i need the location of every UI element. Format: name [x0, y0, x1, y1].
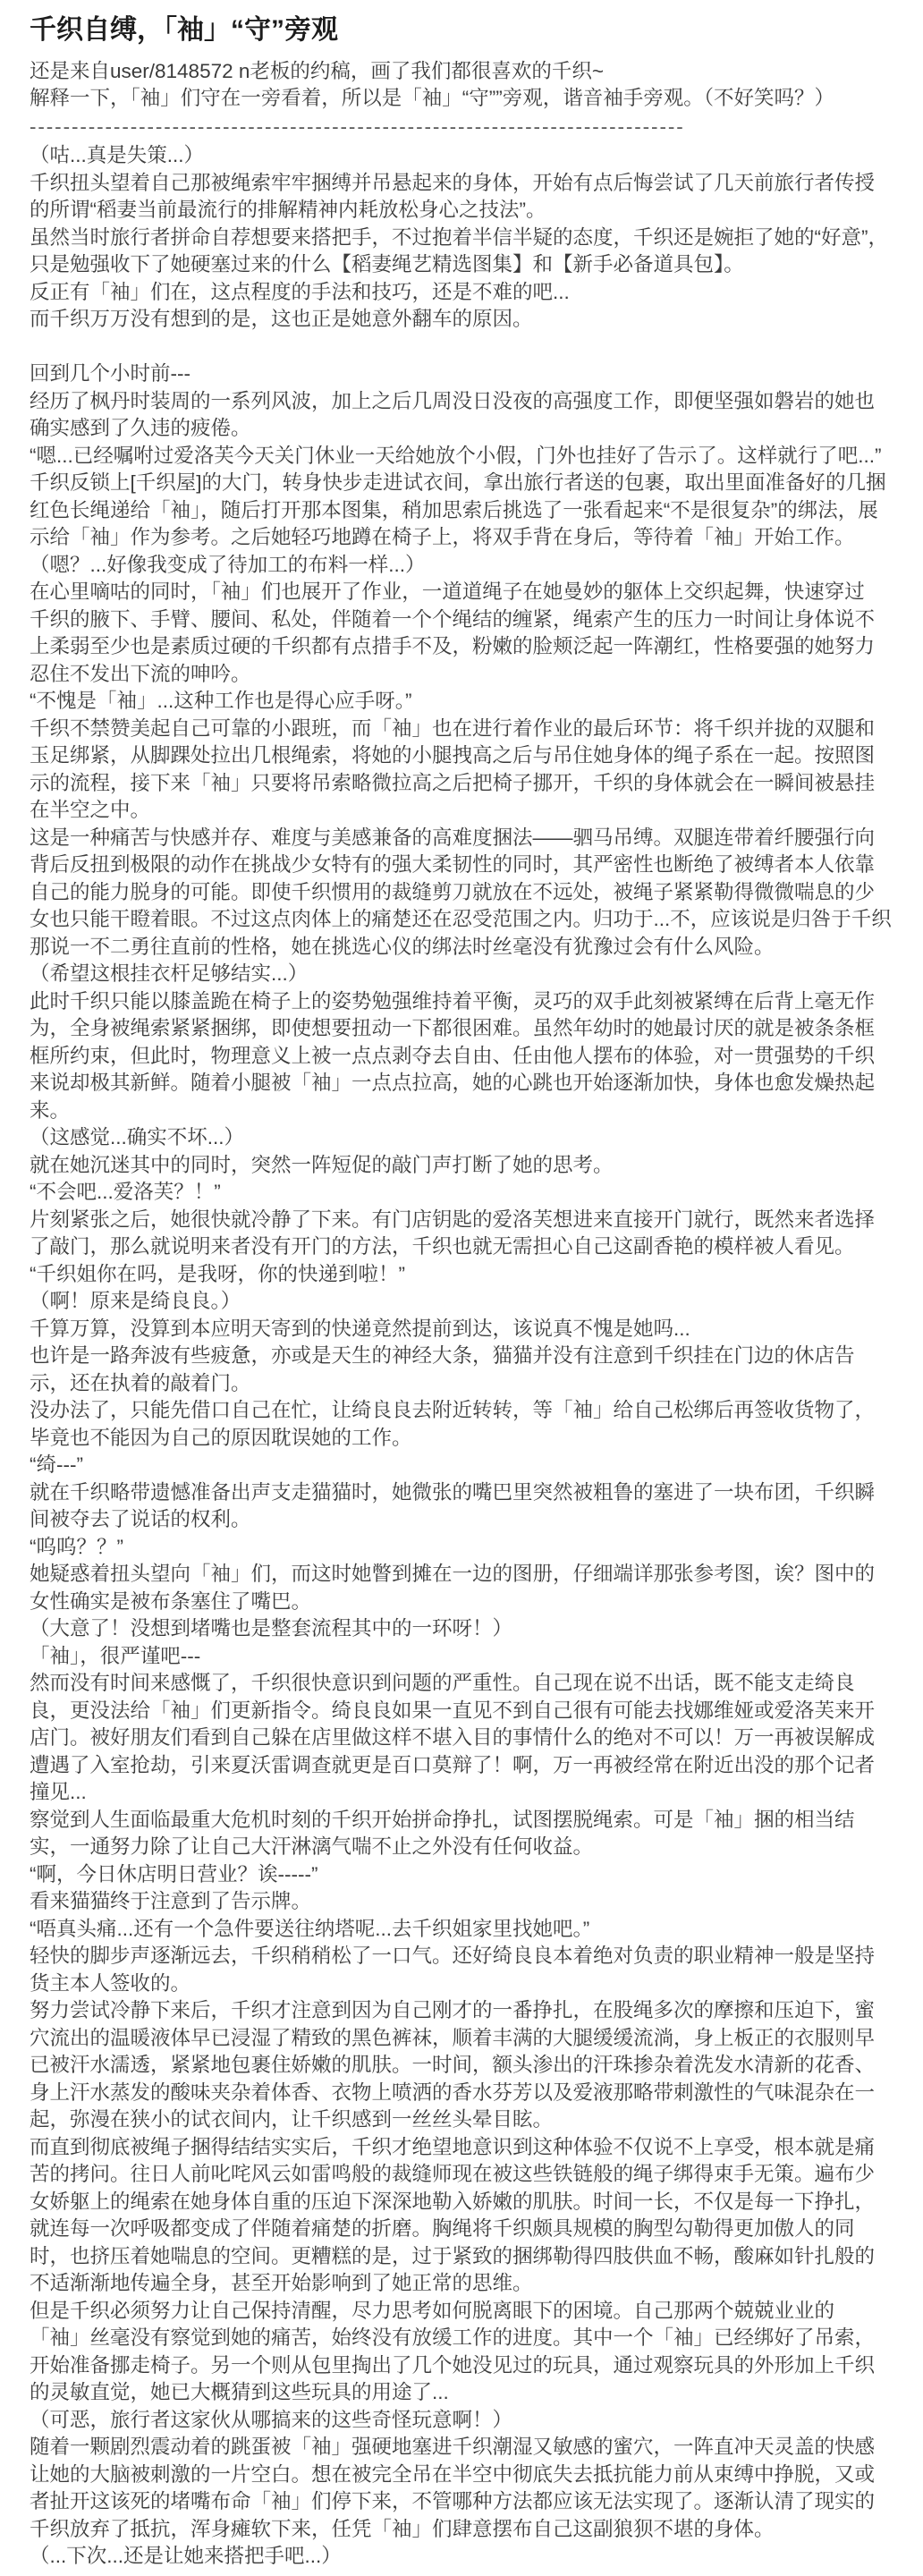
paragraph: “千织姐你在吗，是我呀，你的快递到啦！”: [30, 1261, 892, 1289]
text-line: 随着一颗剧烈震动着的跳蛋被「袖」强硬地塞进千织潮湿又敏感的蜜穴，一阵直冲天灵盖的…: [30, 2434, 892, 2462]
paragraph: 千织反锁上[千织屋]的大门，转身快步走进试衣间，拿出旅行者送的包裹，取出里面准备…: [30, 470, 892, 552]
document-title: 千织自缚，「袖」“守”旁观: [30, 13, 338, 48]
text-line: 上柔弱至少也是素质过硬的千织都有点措手不及，粉嫩的脸颊泛起一阵潮红，性格要强的她…: [30, 633, 892, 661]
text-line: 遭遇了入室抢劫，引来夏沃雷调查就更是百口莫辩了！啊，万一再被经常在附近出没的那个…: [30, 1752, 892, 1780]
text-line: 示，还在执着的敲着门。: [30, 1370, 892, 1398]
text-line: （大意了！没想到堵嘴也是整套流程其中的一环呀！）: [30, 1615, 892, 1643]
paragraph: （这感觉...确实不坏...）: [30, 1124, 892, 1152]
text-line: 示的流程，接下来「袖」只要将吊索略微拉高之后把椅子挪开，千织的身体就会在一瞬间被…: [30, 770, 892, 798]
paragraph: “绮---”: [30, 1452, 892, 1479]
story-body: （咕...真是失策...） 千织扭头望着自己那被绳索牢牢捆缚并吊悬起来的身体，开…: [30, 142, 892, 2571]
text-line: 良，更没法给「袖」们更新指令。绮良良如果一直见不到自己很有可能去找娜维娅或爱洛芙…: [30, 1698, 892, 1725]
text-line: 千织不禁赞美起自己可靠的小跟班，而「袖」也在进行着作业的最后环节：将千织并拢的双…: [30, 716, 892, 743]
paragraph: 没办法了，只能先借口自己在忙，让绮良良去附近转转，等「袖」给自己松绑后再签收货物…: [30, 1397, 892, 1452]
paragraph: 她疑惑着扭头望向「袖」们，而这时她瞥到摊在一边的图册，仔细端详那张参考图，诶？图…: [30, 1561, 892, 1615]
text-line: 间被夺去了说话的权利。: [30, 1506, 892, 1534]
text-line: 女娇躯上的绳索在她身体自重的压迫下深深地勒入娇嫩的肌肤。时间一长，不仅是每一下挣…: [30, 2189, 892, 2216]
paragraph: “不会吧...爱洛芙？！”: [30, 1179, 892, 1207]
text-line: “绮---”: [30, 1452, 892, 1479]
text-line: 背后反扭到极限的动作在挑战少女特有的强大柔韧性的同时，其严密性也断绝了被缚者本人…: [30, 852, 892, 879]
text-line: “不会吧...爱洛芙？！”: [30, 1179, 892, 1207]
text-line: 也许是一路奔波有些疲惫，亦或是天生的神经大条，猫猫并没有注意到千织挂在门边的休店…: [30, 1343, 892, 1370]
text-line: 忍住不发出下流的呻吟。: [30, 661, 892, 689]
paragraph: 虽然当时旅行者拼命自荐想要来搭把手，不过抱着半信半疑的态度，千织还是婉拒了她的“…: [30, 225, 892, 279]
text-line: 千算万算，没算到本应明天寄到的快递竟然提前到达，该说真不愧是她吗...: [30, 1316, 892, 1343]
text-line: （可恶，旅行者这家伙从哪搞来的这些奇怪玩意啊！）: [30, 2407, 892, 2435]
text-line: 实，一通努力除了让自己大汗淋漓气喘不止之外没有任何收益。: [30, 1834, 892, 1861]
text-line: 的所谓“稻妻当前最流行的排解精神内耗放松身心之技法”。: [30, 197, 892, 225]
text-line: 来说却极其新鲜。随着小腿被「袖」一点点拉高，她的心跳也开始逐渐加快，身体也愈发燥…: [30, 1070, 892, 1097]
text-line: 货主本人签收的。: [30, 1970, 892, 1998]
text-line: 而直到彻底被绳子捆得结结实实后，千织才绝望地意识到这种体验不仅说不上享受，根本就…: [30, 2134, 892, 2162]
paragraph: （咕...真是失策...）: [30, 142, 892, 170]
text-line: 苦的拷问。往日人前叱咤风云如雷鸣般的裁缝师现在被这些铁链般的绳子绑得束手无策。遍…: [30, 2161, 892, 2189]
paragraph: 察觉到人生面临最重大危机时刻的千织开始拼命挣扎，试图摆脱绳索。可是「袖」捆的相当…: [30, 1807, 892, 1861]
paragraph: （啊！原来是绮良良。）: [30, 1288, 892, 1316]
text-line: 了敲门，那么就说明来者没有开门的方法，千织也就无需担心自己这副香艳的模样被人看见…: [30, 1233, 892, 1261]
paragraph: 努力尝试冷静下来后，千织才注意到因为自己刚才的一番挣扎，在股绳多次的摩擦和压迫下…: [30, 1997, 892, 2134]
paragraph: “不愧是「袖」...这种工作也是得心应手呀。”: [30, 688, 892, 716]
text-line: 反正有「袖」们在，这点程度的手法和技巧，还是不难的吧...: [30, 279, 892, 307]
text-line: 示给「袖」作为参考。之后她轻巧地蹲在椅子上，将双手背在身后，等待着「袖」开始工作…: [30, 524, 892, 552]
text-line: 回到几个小时前---: [30, 360, 892, 388]
text-line: 撞见...: [30, 1779, 892, 1807]
text-line: 「袖」，很严谨吧---: [30, 1643, 892, 1671]
text-line: “千织姐你在吗，是我呀，你的快递到啦！”: [30, 1261, 892, 1289]
text-line: 没办法了，只能先借口自己在忙，让绮良良去附近转转，等「袖」给自己松绑后再签收货物…: [30, 1397, 892, 1425]
text-line: （...下次...还是让她来搭把手吧...）: [30, 2543, 892, 2571]
text-line: 只是勉强收下了她硬塞过来的什么【稻妻绳艺精选图集】和【新手必备道具包】。: [30, 251, 892, 279]
text-line: 毕竟也不能因为自己的原因耽误她的工作。: [30, 1425, 892, 1453]
text-line: （嗯？...好像我变成了待加工的布料一样...）: [30, 552, 892, 580]
text-line: 经历了枫丹时装周的一系列风波，加上之后几周没日没夜的高强度工作，即便坚强如磐岩的…: [30, 388, 892, 416]
paragraph: 看来猫猫终于注意到了告示牌。: [30, 1888, 892, 1916]
text-line: 这是一种痛苦与快感并存、难度与美感兼备的高难度捆法——驷马吊缚。双腿连带着纤腰强…: [30, 825, 892, 852]
paragraph: 就在她沉迷其中的同时，突然一阵短促的敲门声打断了她的思考。: [30, 1152, 892, 1180]
text-line: 店门。被好朋友们看到自己躲在店里做这样不堪入目的事情什么的绝对不可以！万一再被误…: [30, 1724, 892, 1752]
paragraph: 此时千织只能以膝盖跪在椅子上的姿势勉强维持着平衡，灵巧的双手此刻被紧缚在后背上毫…: [30, 988, 892, 1125]
text-line: “不愧是「袖」...这种工作也是得心应手呀。”: [30, 688, 892, 716]
document-page: 千织自缚，「袖」“守”旁观 还是来自user/8148572 n老板的约稿，画了…: [0, 0, 923, 2576]
text-line: 她疑惑着扭头望向「袖」们，而这时她瞥到摊在一边的图册，仔细端详那张参考图，诶？图…: [30, 1561, 892, 1589]
paragraph: 然而没有时间来感慨了，千织很快意识到问题的严重性。自己现在说不出话，既不能支走绮…: [30, 1670, 892, 1807]
paragraph: “嗯...已经嘱咐过爱洛芙今天关门休业一天给她放个小假，门外也挂好了告示了。这样…: [30, 443, 892, 470]
text-line: 来。: [30, 1097, 892, 1125]
paragraph: 片刻紧张之后，她很快就冷静了下来。有门店钥匙的爱洛芙想进来直接开门就行，既然来者…: [30, 1207, 892, 1261]
text-line: 让她的大脑被刺激的一片空白。想在被完全吊在半空中彻底失去抵抗能力前从束缚中挣脱，…: [30, 2462, 892, 2489]
paragraph: （希望这根挂衣杆足够结实...）: [30, 961, 892, 988]
text-line: 虽然当时旅行者拼命自荐想要来搭把手，不过抱着半信半疑的态度，千织还是婉拒了她的“…: [30, 225, 892, 252]
text-line: 玉足绑紧，从脚踝处拉出几根绳索，将她的小腿拽高之后与吊住她身体的绳子系在一起。按…: [30, 742, 892, 770]
separator-line: ----------------------------------------…: [30, 114, 685, 140]
paragraph: （...下次...还是让她来搭把手吧...）: [30, 2543, 892, 2571]
text-line: （啊！原来是绮良良。）: [30, 1288, 892, 1316]
text-line: “呜呜？？”: [30, 1534, 892, 1562]
story-section: 回到几个小时前--- 经历了枫丹时装周的一系列风波，加上之后几周没日没夜的高强度…: [30, 360, 892, 2571]
intro-note: 还是来自user/8148572 n老板的约稿，画了我们都很喜欢的千织~ 解释一…: [30, 58, 834, 112]
text-line: “啊，今日休店明日营业？诶-----”: [30, 1861, 892, 1889]
paragraph: “呜呜？？”: [30, 1534, 892, 1562]
text-line: 努力尝试冷静下来后，千织才注意到因为自己刚才的一番挣扎，在股绳多次的摩擦和压迫下…: [30, 1997, 892, 2025]
text-line: 为，全身被绳索紧紧捆绑，即使想要扭动一下都很困难。虽然年幼时的她最讨厌的就是被条…: [30, 1015, 892, 1043]
paragraph: 而直到彻底被绳子捆得结结实实后，千织才绝望地意识到这种体验不仅说不上享受，根本就…: [30, 2134, 892, 2298]
paragraph: 千织不禁赞美起自己可靠的小跟班，而「袖」也在进行着作业的最后环节：将千织并拢的双…: [30, 716, 892, 825]
text-line: 女也只能干瞪着眼。不过这点肉体上的痛楚还在忍受范围之内。归功于...不，应该说是…: [30, 906, 892, 934]
text-line: 然而没有时间来感慨了，千织很快意识到问题的严重性。自己现在说不出话，既不能支走绮…: [30, 1670, 892, 1698]
paragraph: “啊，今日休店明日营业？诶-----”: [30, 1861, 892, 1889]
text-line: 女性确实是被布条塞住了嘴巴。: [30, 1589, 892, 1616]
text-line: 已被汗水濡透，紧紧地包裹住娇嫩的肌肤。一时间，额头渗出的汗珠掺杂着洗发水清新的花…: [30, 2052, 892, 2080]
text-line: 开始准备挪走椅子。另一个则从包里掏出了几个她没见过的玩具，通过观察玩具的外形加上…: [30, 2352, 892, 2380]
text-line: 确实感到了久违的疲倦。: [30, 415, 892, 443]
paragraph: 这是一种痛苦与快感并存、难度与美感兼备的高难度捆法——驷马吊缚。双腿连带着纤腰强…: [30, 825, 892, 962]
intro-line: 解释一下，「袖」们守在一旁看着，所以是「袖」“守””旁观，谐音袖手旁观。（不好笑…: [30, 85, 834, 112]
paragraph: 千织扭头望着自己那被绳索牢牢捆缚并吊悬起来的身体，开始有点后悔尝试了几天前旅行者…: [30, 170, 892, 225]
text-line: “唔真头痛...还有一个急件要送往纳塔呢...去千织姐家里找她吧。”: [30, 1916, 892, 1944]
text-line: 看来猫猫终于注意到了告示牌。: [30, 1888, 892, 1916]
text-line: 的灵敏直觉，她已大概猜到这些玩具的用途了...: [30, 2379, 892, 2407]
paragraph: 随着一颗剧烈震动着的跳蛋被「袖」强硬地塞进千织潮湿又敏感的蜜穴，一阵直冲天灵盖的…: [30, 2434, 892, 2543]
text-line: 在心里嘀咕的同时，「袖」们也展开了作业，一道道绳子在她曼妙的躯体上交织起舞，快速…: [30, 579, 892, 606]
text-line: 在半空之中。: [30, 797, 892, 825]
paragraph: 也许是一路奔波有些疲惫，亦或是天生的神经大条，猫猫并没有注意到千织挂在门边的休店…: [30, 1343, 892, 1397]
text-line: 就在她沉迷其中的同时，突然一阵短促的敲门声打断了她的思考。: [30, 1152, 892, 1180]
text-line: 「袖」丝毫没有察觉到她的痛苦，始终没有放缓工作的进度。其中一个「袖」已经绑好了吊…: [30, 2325, 892, 2352]
text-line: 察觉到人生面临最重大危机时刻的千织开始拼命挣扎，试图摆脱绳索。可是「袖」捆的相当…: [30, 1807, 892, 1835]
paragraph: 在心里嘀咕的同时，「袖」们也展开了作业，一道道绳子在她曼妙的躯体上交织起舞，快速…: [30, 579, 892, 688]
text-line: 就连每一次呼吸都变成了伴随着痛楚的折磨。胸绳将千织颇具规模的胸型勾勒得更加傲人的…: [30, 2216, 892, 2243]
text-line: 轻快的脚步声逐渐远去，千织稍稍松了一口气。还好绮良良本着绝对负责的职业精神一般是…: [30, 1943, 892, 1970]
text-line: 穴流出的温暖液体早已浸湿了精致的黑色裤袜，顺着丰满的大腿缓缓流淌，身上板正的衣服…: [30, 2025, 892, 2053]
text-line: 片刻紧张之后，她很快就冷静了下来。有门店钥匙的爱洛芙想进来直接开门就行，既然来者…: [30, 1207, 892, 1234]
text-line: 不适渐渐地传遍全身，甚至开始影响到了她正常的思维。: [30, 2270, 892, 2298]
paragraph: 回到几个小时前---: [30, 360, 892, 388]
story-section: （咕...真是失策...） 千织扭头望着自己那被绳索牢牢捆缚并吊悬起来的身体，开…: [30, 142, 892, 334]
text-line: 而千织万万没有想到的是，这也正是她意外翻车的原因。: [30, 306, 892, 334]
text-line: 千织扭头望着自己那被绳索牢牢捆缚并吊悬起来的身体，开始有点后悔尝试了几天前旅行者…: [30, 170, 892, 198]
paragraph: （嗯？...好像我变成了待加工的布料一样...）: [30, 552, 892, 580]
text-line: 起，弥漫在狭小的试衣间内，让千织感到一丝丝头晕目眩。: [30, 2106, 892, 2134]
text-line: （咕...真是失策...）: [30, 142, 892, 170]
paragraph: 轻快的脚步声逐渐远去，千织稍稍松了一口气。还好绮良良本着绝对负责的职业精神一般是…: [30, 1943, 892, 1997]
paragraph: “唔真头痛...还有一个急件要送往纳塔呢...去千织姐家里找她吧。”: [30, 1916, 892, 1944]
paragraph: 经历了枫丹时装周的一系列风波，加上之后几周没日没夜的高强度工作，即便坚强如磐岩的…: [30, 388, 892, 443]
paragraph: 千算万算，没算到本应明天寄到的快递竟然提前到达，该说真不愧是她吗...: [30, 1316, 892, 1343]
text-line: 时，也挤压着她喘息的空间。更糟糕的是，过于紧致的捆绑勒得四肢供血不畅，酸麻如针扎…: [30, 2243, 892, 2271]
text-line: （希望这根挂衣杆足够结实...）: [30, 961, 892, 988]
text-line: 就在千织略带遗憾准备出声支走猫猫时，她微张的嘴巴里突然被粗鲁的塞进了一块布团，千…: [30, 1479, 892, 1507]
text-line: 但是千织必须努力让自己保持清醒，尽力思考如何脱离眼下的困境。自己那两个兢兢业业的: [30, 2298, 892, 2326]
text-line: 千织的腋下、手臂、腰间、私处，伴随着一个个绳结的缠紧，绳索产生的压力一时间让身体…: [30, 606, 892, 634]
text-line: 框所约束，但此时，物理意义上被一点点剥夺去自由、任由他人摆布的体验，对一贯强势的…: [30, 1043, 892, 1071]
paragraph: 就在千织略带遗憾准备出声支走猫猫时，她微张的嘴巴里突然被粗鲁的塞进了一块布团，千…: [30, 1479, 892, 1534]
text-line: （这感觉...确实不坏...）: [30, 1124, 892, 1152]
text-line: 那说一不二勇往直前的性格，她在挑选心仪的绑法时丝毫没有犹豫过会有什么风险。: [30, 934, 892, 962]
paragraph: 反正有「袖」们在，这点程度的手法和技巧，还是不难的吧...: [30, 279, 892, 307]
text-line: 此时千织只能以膝盖跪在椅子上的姿势勉强维持着平衡，灵巧的双手此刻被紧缚在后背上毫…: [30, 988, 892, 1016]
text-line: “嗯...已经嘱咐过爱洛芙今天关门休业一天给她放个小假，门外也挂好了告示了。这样…: [30, 443, 892, 470]
paragraph: 「袖」，很严谨吧---: [30, 1643, 892, 1671]
paragraph: 而千织万万没有想到的是，这也正是她意外翻车的原因。: [30, 306, 892, 334]
text-line: 身上汗水蒸发的酸味夹杂着体香、衣物上喷洒的香水芬芳以及爱液那略带刺激性的气味混杂…: [30, 2080, 892, 2107]
paragraph: （大意了！没想到堵嘴也是整套流程其中的一环呀！）: [30, 1615, 892, 1643]
intro-line: 还是来自user/8148572 n老板的约稿，画了我们都很喜欢的千织~: [30, 58, 834, 85]
paragraph: 但是千织必须努力让自己保持清醒，尽力思考如何脱离眼下的困境。自己那两个兢兢业业的…: [30, 2298, 892, 2407]
text-line: 自己的能力脱身的可能。即使千织惯用的裁缝剪刀就放在不远处，被绳子紧紧勒得微微喘息…: [30, 879, 892, 907]
text-line: 千织反锁上[千织屋]的大门，转身快步走进试衣间，拿出旅行者送的包裹，取出里面准备…: [30, 470, 892, 497]
text-line: 红色长绳递给「袖」，随后打开那本图集，稍加思索后挑选了一张看起来“不是很复杂”的…: [30, 497, 892, 525]
text-line: 千织放弃了抵抗，浑身瘫软下来，任凭「袖」们肆意摆布自己这副狼狈不堪的身体。: [30, 2516, 892, 2544]
text-line: 者扯开这该死的堵嘴布命「袖」们停下来，不管哪种方法都应该无法实现了。逐渐认清了现…: [30, 2488, 892, 2516]
paragraph: （可恶，旅行者这家伙从哪搞来的这些奇怪玩意啊！）: [30, 2407, 892, 2435]
